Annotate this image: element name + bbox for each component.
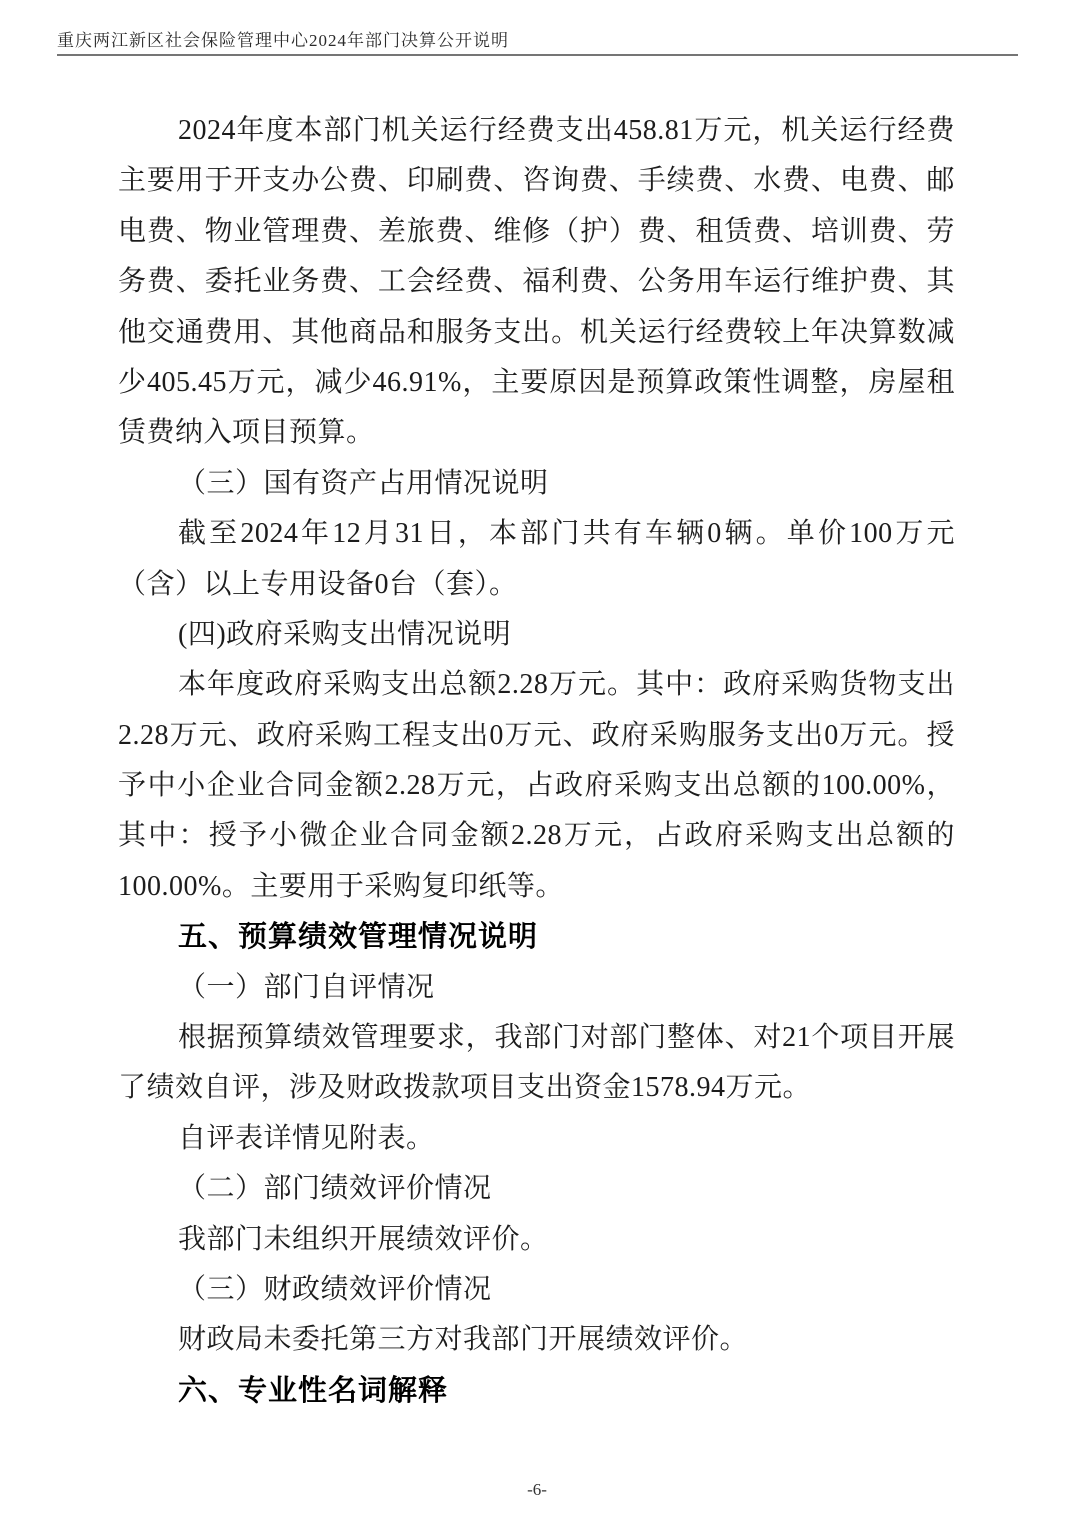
page-header: 重庆两江新区社会保险管理中心2024年部门决算公开说明	[57, 30, 1018, 56]
para-procurement-line: 100.00%。主要用于采购复印纸等。	[118, 862, 955, 912]
para-procurement-line: 予中小企业合同金额2.28万元，占政府采购支出总额的100.00%，	[118, 761, 955, 811]
page-number: -6-	[527, 1480, 547, 1499]
para-dept-evaluation-line: 我部门未组织开展绩效评价。	[118, 1215, 955, 1265]
para-operating-expenses-line: 电费、物业管理费、差旅费、维修（护）费、租赁费、培训费、劳	[118, 207, 955, 257]
heading-budget-performance: 五、预算绩效管理情况说明	[118, 912, 955, 962]
para-procurement-line: 本年度政府采购支出总额2.28万元。其中：政府采购货物支出	[118, 660, 955, 710]
subheading-self-evaluation: （一）部门自评情况	[118, 963, 955, 1013]
header-title: 重庆两江新区社会保险管理中心2024年部门决算公开说明	[57, 31, 509, 50]
para-procurement-line: 其中：授予小微企业合同金额2.28万元，占政府采购支出总额的	[118, 811, 955, 861]
para-self-evaluation-line: 根据预算绩效管理要求，我部门对部门整体、对21个项目开展	[118, 1013, 955, 1063]
para-procurement-line: 2.28万元、政府采购工程支出0万元、政府采购服务支出0万元。授	[118, 711, 955, 761]
para-self-evaluation-note: 自评表详情见附表。	[118, 1114, 955, 1164]
para-operating-expenses-line: 主要用于开支办公费、印刷费、咨询费、手续费、水费、电费、邮	[118, 156, 955, 206]
para-operating-expenses-line: 2024年度本部门机关运行经费支出458.81万元，机关运行经费	[118, 106, 955, 156]
para-operating-expenses-line: 少405.45万元，减少46.91%，主要原因是预算政策性调整，房屋租	[118, 358, 955, 408]
para-self-evaluation-line: 了绩效自评，涉及财政拨款项目支出资金1578.94万元。	[118, 1063, 955, 1113]
heading-terminology: 六、专业性名词解释	[118, 1366, 955, 1416]
subheading-gov-procurement: (四)政府采购支出情况说明	[118, 610, 955, 660]
document-page: 重庆两江新区社会保险管理中心2024年部门决算公开说明 2024年度本部门机关运…	[0, 0, 1074, 1520]
document-body: 2024年度本部门机关运行经费支出458.81万元，机关运行经费主要用于开支办公…	[118, 106, 955, 1416]
para-operating-expenses-line: 赁费纳入项目预算。	[118, 408, 955, 458]
para-finance-evaluation-line: 财政局未委托第三方对我部门开展绩效评价。	[118, 1315, 955, 1365]
para-state-assets-line: （含）以上专用设备0台（套）。	[118, 560, 955, 610]
subheading-finance-evaluation: （三）财政绩效评价情况	[118, 1265, 955, 1315]
subheading-state-assets: （三）国有资产占用情况说明	[118, 459, 955, 509]
para-operating-expenses-line: 务费、委托业务费、工会经费、福利费、公务用车运行维护费、其	[118, 257, 955, 307]
para-state-assets-line: 截至2024年12月31日，本部门共有车辆0辆。单价100万元	[118, 509, 955, 559]
page-footer: -6-	[0, 1480, 1074, 1500]
subheading-dept-evaluation: （二）部门绩效评价情况	[118, 1164, 955, 1214]
para-operating-expenses-line: 他交通费用、其他商品和服务支出。机关运行经费较上年决算数减	[118, 308, 955, 358]
